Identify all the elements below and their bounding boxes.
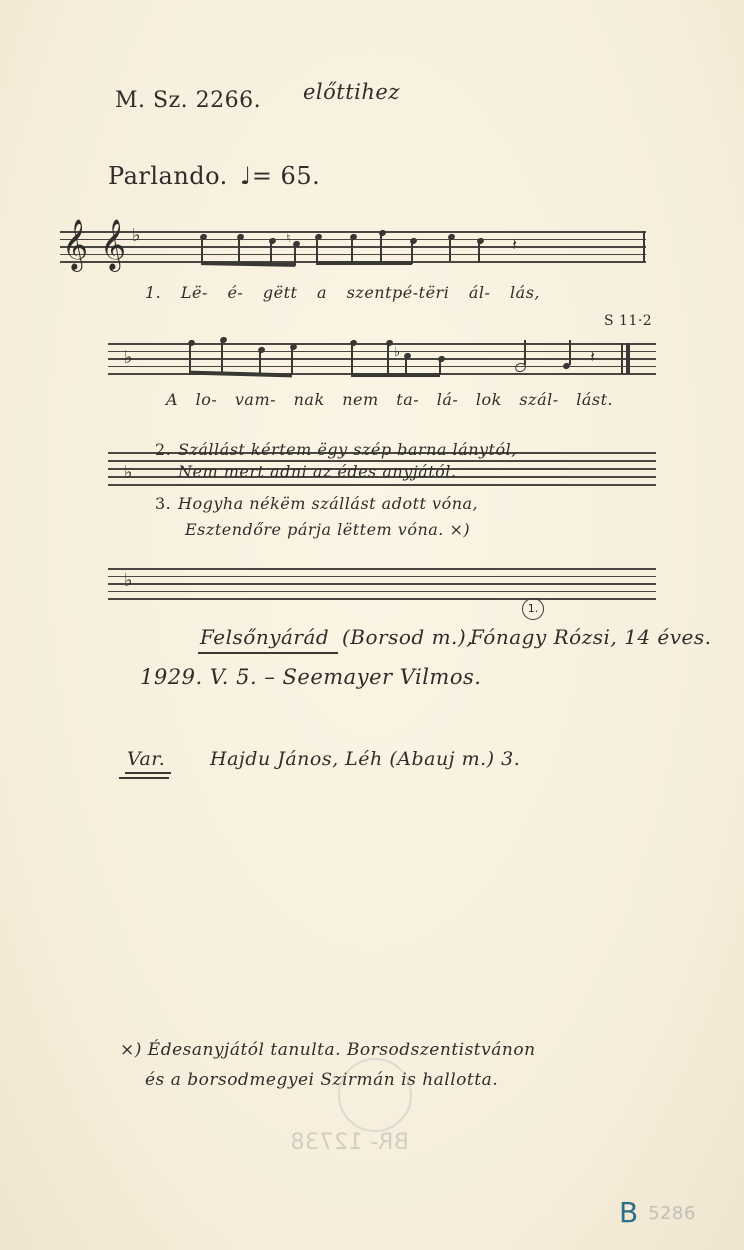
footnote-line-1: ×) Édesanyjától tanulta. Borsodszentistv… [120, 1040, 536, 1060]
grey-archive-number: 5286 [648, 1203, 696, 1224]
quarter-rest-icon: 𝄽 [590, 347, 595, 367]
variant-text: Hajdu János, Léh (Abauj m.) 3. [210, 748, 520, 770]
verse-2-line-2: Nem mert adni az édes anyjától. [178, 462, 457, 481]
treble-clef-icon: 𝄞 [100, 219, 126, 270]
music-staff-2: ♭ ♭ 𝄽 [108, 343, 656, 375]
source-place: Felsőnyárád [200, 625, 329, 649]
flat-sign-icon: ♭ [124, 347, 133, 368]
variant-label: Var. [127, 748, 165, 770]
verse-2-number: 2. [155, 440, 171, 459]
music-staff-4: ♭ [108, 568, 656, 600]
verse-3-number: 3. [155, 494, 171, 513]
variant-underline [125, 772, 171, 774]
section-mark: S 11·2 [604, 313, 652, 329]
circled-number-mark: 1. [522, 598, 544, 620]
catalog-number: M. Sz. 2266. [115, 88, 261, 113]
footnote-line-2: és a borsodmegyei Szirmán is hallotta. [145, 1070, 498, 1090]
verse-3-line-2: Esztendőre párja lëttem vóna. ×) [185, 520, 470, 539]
top-note: előttihez [303, 80, 400, 104]
manuscript-page: előttihez M. Sz. 2266. Parlando. ♩= 65. … [0, 0, 744, 1250]
variant-underline-2 [119, 777, 169, 779]
verse-2-line-1: Szállást kértem ëgy szép barna lánytól, [178, 440, 517, 459]
treble-clef-icon: 𝄞 [62, 219, 88, 270]
metronome-marking: ♩= 65. [240, 162, 320, 190]
source-performer: Fónagy Rózsi, 14 éves. [470, 625, 712, 649]
blue-archive-mark: B [619, 1196, 639, 1229]
staff-2-lyrics: A lo- vam- nak nem ta- lá- lok szál- lás… [166, 390, 613, 409]
flat-sign-icon: ♭ [124, 462, 133, 483]
verse-3-line-1: Hogyha nékëm szállást adott vóna, [178, 494, 478, 513]
music-staff-1: 𝄞 𝄞 ♭ ♮ 𝄽 [60, 231, 646, 263]
staff-1-lyrics: 1. Lë- é- gëtt a szentpé-tëri ál- lás, [145, 283, 540, 302]
flat-sign-icon: ♭ [124, 570, 133, 591]
flat-sign-icon: ♭ [132, 225, 141, 246]
faint-archive-number: BR- 12738 [290, 1130, 409, 1155]
library-stamp [338, 1058, 412, 1132]
tempo-marking: Parlando. [108, 162, 228, 190]
source-county: (Borsod m.), [342, 625, 473, 649]
quarter-rest-icon: 𝄽 [512, 235, 517, 255]
source-date-collector: 1929. V. 5. – Seemayer Vilmos. [140, 665, 481, 689]
place-underline [198, 652, 338, 654]
